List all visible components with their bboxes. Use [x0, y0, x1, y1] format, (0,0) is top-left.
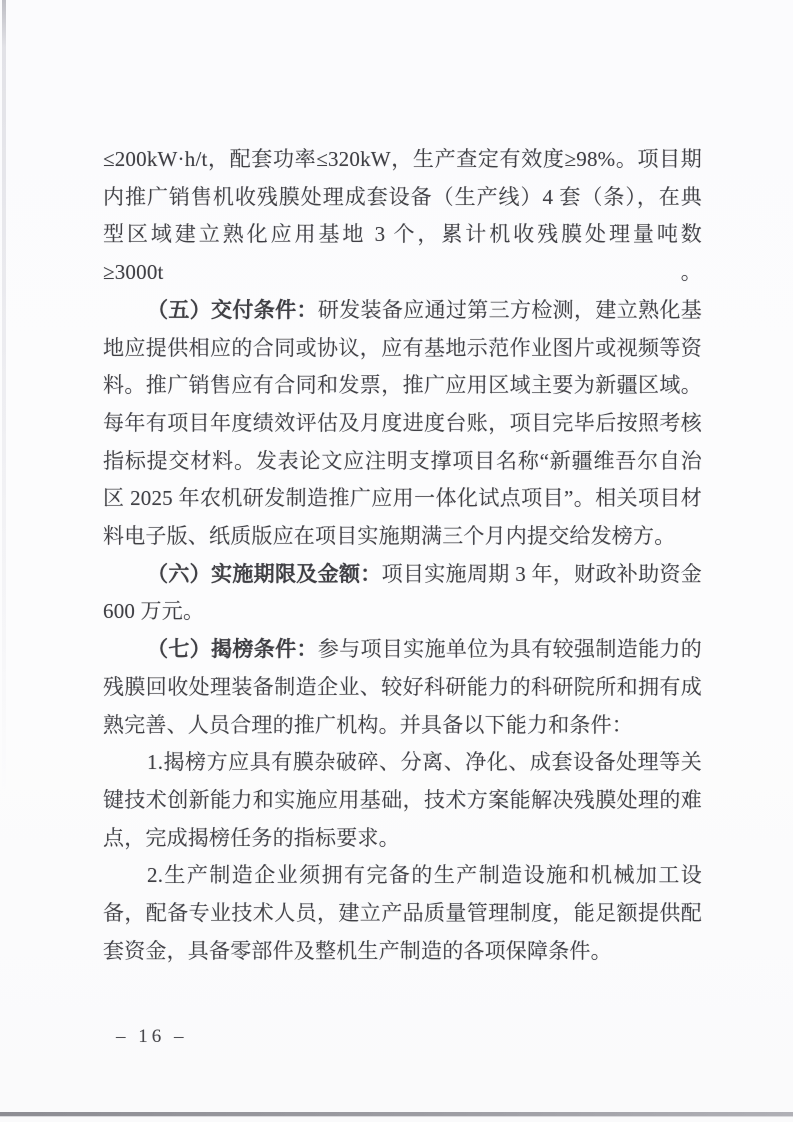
line-text: 内推广销售机收残膜处理成套设备（生产线）4 套（条），在典: [103, 185, 702, 209]
scan-artifact-left-edge: [2, 0, 6, 790]
text-line: 键技术创新能力和实施应用基础，技术方案能解决残膜处理的难: [103, 782, 702, 820]
text-line: 地应提供相应的合同或协议，应有基地示范作业图片或视频等资: [103, 330, 702, 368]
text-line: 2.生产制造企业须拥有完备的生产制造设施和机械加工设: [103, 857, 702, 895]
text-line: 区 2025 年农机研发制造推广应用一体化试点项目”。相关项目材: [103, 480, 702, 518]
line-text: 点，完成揭榜任务的指标要求。: [103, 826, 400, 850]
text-line: 1.揭榜方应具有膜杂破碎、分离、净化、成套设备处理等关: [103, 744, 702, 782]
line-text: 参与项目实施单位为具有较强制造能力的: [318, 637, 702, 661]
line-text: 研发装备应通过第三方检测，建立熟化基: [318, 298, 702, 322]
line-text: 料电子版、纸质版应在项目实施期满三个月内提交给发榜方。: [103, 524, 675, 548]
line-text: ≤200kW·h/t，配套功率≤320kW，生产查定有效度≥98%。项目期: [103, 147, 702, 171]
text-line: 料。推广销售应有合同和发票，推广应用区域主要为新疆区域。: [103, 367, 702, 405]
text-line: 指标提交材料。发表论文应注明支撑项目名称“新疆维吾尔自治: [103, 443, 702, 481]
line-text: 熟完善、人员合理的推广机构。并具备以下能力和条件：: [103, 713, 633, 737]
line-text: 1.揭榜方应具有膜杂破碎、分离、净化、成套设备处理等关: [147, 750, 702, 774]
page-number: – 16 –: [116, 1026, 188, 1048]
line-text: 指标提交材料。发表论文应注明支撑项目名称“新疆维吾尔自治: [103, 449, 702, 473]
scanned-document-page: ≤200kW·h/t，配套功率≤320kW，生产查定有效度≥98%。项目期内推广…: [0, 0, 793, 1122]
line-text: 区 2025 年农机研发制造推广应用一体化试点项目”。相关项目材: [103, 486, 702, 510]
line-text: 料。推广销售应有合同和发票，推广应用区域主要为新疆区域。: [103, 373, 702, 397]
text-line: 残膜回收处理装备制造企业、较好科研能力的科研院所和拥有成: [103, 669, 702, 707]
line-text: 备，配备专业技术人员，建立产品质量管理制度，能足额提供配: [103, 901, 702, 925]
section-heading-label: （六）实施期限及金额：: [147, 562, 382, 586]
text-line: （六）实施期限及金额：项目实施周期 3 年，财政补助资金: [103, 556, 702, 594]
text-line: （五）交付条件：研发装备应通过第三方检测，建立熟化基: [103, 292, 702, 330]
line-text: 残膜回收处理装备制造企业、较好科研能力的科研院所和拥有成: [103, 675, 702, 699]
text-line: 套资金，具备零部件及整机生产制造的各项保障条件。: [103, 933, 702, 971]
section-heading-label: （七）揭榜条件：: [147, 637, 318, 661]
line-text: 每年有项目年度绩效评估及月度进度台账，项目完毕后按照考核: [103, 411, 702, 435]
text-line: 内推广销售机收残膜处理成套设备（生产线）4 套（条），在典: [103, 179, 702, 217]
text-line: ≤200kW·h/t，配套功率≤320kW，生产查定有效度≥98%。项目期: [103, 141, 702, 179]
text-line: 型区域建立熟化应用基地 3 个，累计机收残膜处理量吨数≥3000t。: [103, 216, 702, 291]
line-text: 型区域建立熟化应用基地 3 个，累计机收残膜处理量吨数≥3000t。: [103, 222, 702, 284]
text-line: 点，完成揭榜任务的指标要求。: [103, 820, 702, 858]
line-text: 项目实施周期 3 年，财政补助资金: [382, 562, 702, 586]
line-text: 2.生产制造企业须拥有完备的生产制造设施和机械加工设: [147, 863, 702, 887]
line-text: 套资金，具备零部件及整机生产制造的各项保障条件。: [103, 939, 612, 963]
line-text: 地应提供相应的合同或协议，应有基地示范作业图片或视频等资: [103, 336, 702, 360]
line-text: 键技术创新能力和实施应用基础，技术方案能解决残膜处理的难: [103, 788, 702, 812]
text-line: 每年有项目年度绩效评估及月度进度台账，项目完毕后按照考核: [103, 405, 702, 443]
text-line: 料电子版、纸质版应在项目实施期满三个月内提交给发榜方。: [103, 518, 702, 556]
document-body: ≤200kW·h/t，配套功率≤320kW，生产查定有效度≥98%。项目期内推广…: [103, 141, 702, 970]
text-line: 备，配备专业技术人员，建立产品质量管理制度，能足额提供配: [103, 895, 702, 933]
scan-artifact-bottom-edge: [0, 1112, 793, 1116]
text-line: 600 万元。: [103, 593, 702, 631]
text-line: 熟完善、人员合理的推广机构。并具备以下能力和条件：: [103, 707, 702, 745]
line-text: 600 万元。: [103, 599, 204, 623]
section-heading-label: （五）交付条件：: [147, 298, 318, 322]
text-line: （七）揭榜条件：参与项目实施单位为具有较强制造能力的: [103, 631, 702, 669]
